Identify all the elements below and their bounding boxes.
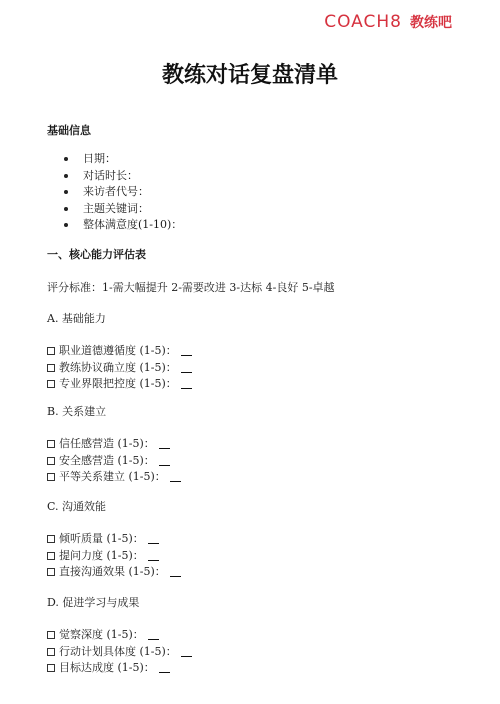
checklist-item: 安全感营造 (1-5)： — [47, 453, 181, 470]
item-label: 职业道德遵循度 (1-5)： — [59, 343, 177, 360]
list-item: 主题关键词： — [64, 201, 182, 218]
checkbox-icon[interactable] — [47, 364, 55, 372]
logo-wordmark: COACH8 — [324, 12, 402, 32]
bullet-icon — [64, 190, 68, 194]
basic-info-list: 日期： 对话时长： 来访者代号： 主题关键词： 整体满意度(1-10)： — [64, 151, 182, 234]
checkbox-icon[interactable] — [47, 473, 55, 481]
checkbox-icon[interactable] — [47, 380, 55, 388]
checkbox-icon[interactable] — [47, 552, 55, 560]
list-item: 对话时长： — [64, 168, 182, 185]
score-blank[interactable] — [148, 630, 159, 640]
score-blank[interactable] — [159, 663, 170, 673]
score-blank[interactable] — [148, 551, 159, 561]
page-title: 教练对话复盘清单 — [0, 58, 500, 89]
score-blank[interactable] — [170, 567, 181, 577]
score-blank[interactable] — [181, 647, 192, 657]
checkbox-icon[interactable] — [47, 457, 55, 465]
section-title: A. 基础能力 — [47, 310, 192, 327]
section-title: B. 关系建立 — [47, 403, 181, 420]
field-label: 来访者代号： — [83, 185, 149, 198]
score-blank[interactable] — [170, 472, 181, 482]
score-blank[interactable] — [181, 363, 192, 373]
checklist-item: 提问力度 (1-5)： — [47, 548, 181, 565]
item-label: 平等关系建立 (1-5)： — [59, 469, 166, 486]
brand-logo: COACH8 教练吧 — [324, 12, 452, 32]
field-label: 对话时长： — [83, 169, 138, 182]
checkbox-icon[interactable] — [47, 440, 55, 448]
basic-info-heading: 基础信息 — [47, 122, 91, 138]
scoring-scale: 评分标准：1-需大幅提升 2-需要改进 3-达标 4-良好 5-卓越 — [47, 279, 335, 295]
section-title: C. 沟通效能 — [47, 498, 181, 515]
checklist-item: 目标达成度 (1-5)： — [47, 660, 192, 677]
score-blank[interactable] — [181, 379, 192, 389]
section-title: D. 促进学习与成果 — [47, 594, 192, 611]
item-label: 倾听质量 (1-5)： — [59, 531, 144, 548]
list-item: 来访者代号： — [64, 184, 182, 201]
bullet-icon — [64, 223, 68, 227]
checkbox-icon[interactable] — [47, 631, 55, 639]
core-assessment-heading: 一、核心能力评估表 — [47, 246, 146, 262]
item-label: 行动计划具体度 (1-5)： — [59, 644, 177, 661]
bullet-icon — [64, 157, 68, 161]
checklist-item: 行动计划具体度 (1-5)： — [47, 644, 192, 661]
checklist-item: 觉察深度 (1-5)： — [47, 627, 192, 644]
item-label: 提问力度 (1-5)： — [59, 548, 144, 565]
item-label: 专业界限把控度 (1-5)： — [59, 376, 177, 393]
item-label: 觉察深度 (1-5)： — [59, 627, 144, 644]
list-item: 日期： — [64, 151, 182, 168]
checkbox-icon[interactable] — [47, 347, 55, 355]
score-blank[interactable] — [159, 439, 170, 449]
checklist-item: 倾听质量 (1-5)： — [47, 531, 181, 548]
score-blank[interactable] — [181, 346, 192, 356]
checklist-item: 信任感营造 (1-5)： — [47, 436, 181, 453]
checkbox-icon[interactable] — [47, 535, 55, 543]
checkbox-icon[interactable] — [47, 664, 55, 672]
item-label: 信任感营造 (1-5)： — [59, 436, 155, 453]
section-basic-abilities: A. 基础能力 职业道德遵循度 (1-5)： 教练协议确立度 (1-5)： 专业… — [47, 310, 192, 393]
bullet-icon — [64, 174, 68, 178]
checklist-item: 教练协议确立度 (1-5)： — [47, 360, 192, 377]
field-label: 整体满意度(1-10)： — [83, 218, 182, 231]
checklist-item: 平等关系建立 (1-5)： — [47, 469, 181, 486]
checkbox-icon[interactable] — [47, 568, 55, 576]
item-label: 安全感营造 (1-5)： — [59, 453, 155, 470]
section-communication: C. 沟通效能 倾听质量 (1-5)： 提问力度 (1-5)： 直接沟通效果 (… — [47, 498, 181, 581]
item-label: 直接沟通效果 (1-5)： — [59, 564, 166, 581]
section-learning-results: D. 促进学习与成果 觉察深度 (1-5)： 行动计划具体度 (1-5)： 目标… — [47, 594, 192, 677]
item-label: 教练协议确立度 (1-5)： — [59, 360, 177, 377]
list-item: 整体满意度(1-10)： — [64, 217, 182, 234]
score-blank[interactable] — [159, 456, 170, 466]
checkbox-icon[interactable] — [47, 648, 55, 656]
item-label: 目标达成度 (1-5)： — [59, 660, 155, 677]
section-relationship: B. 关系建立 信任感营造 (1-5)： 安全感营造 (1-5)： 平等关系建立… — [47, 403, 181, 486]
bullet-icon — [64, 207, 68, 211]
score-blank[interactable] — [148, 534, 159, 544]
field-label: 日期： — [83, 152, 116, 165]
checklist-item: 职业道德遵循度 (1-5)： — [47, 343, 192, 360]
checklist-item: 直接沟通效果 (1-5)： — [47, 564, 181, 581]
field-label: 主题关键词： — [83, 202, 149, 215]
logo-chinese: 教练吧 — [410, 12, 452, 32]
checklist-item: 专业界限把控度 (1-5)： — [47, 376, 192, 393]
